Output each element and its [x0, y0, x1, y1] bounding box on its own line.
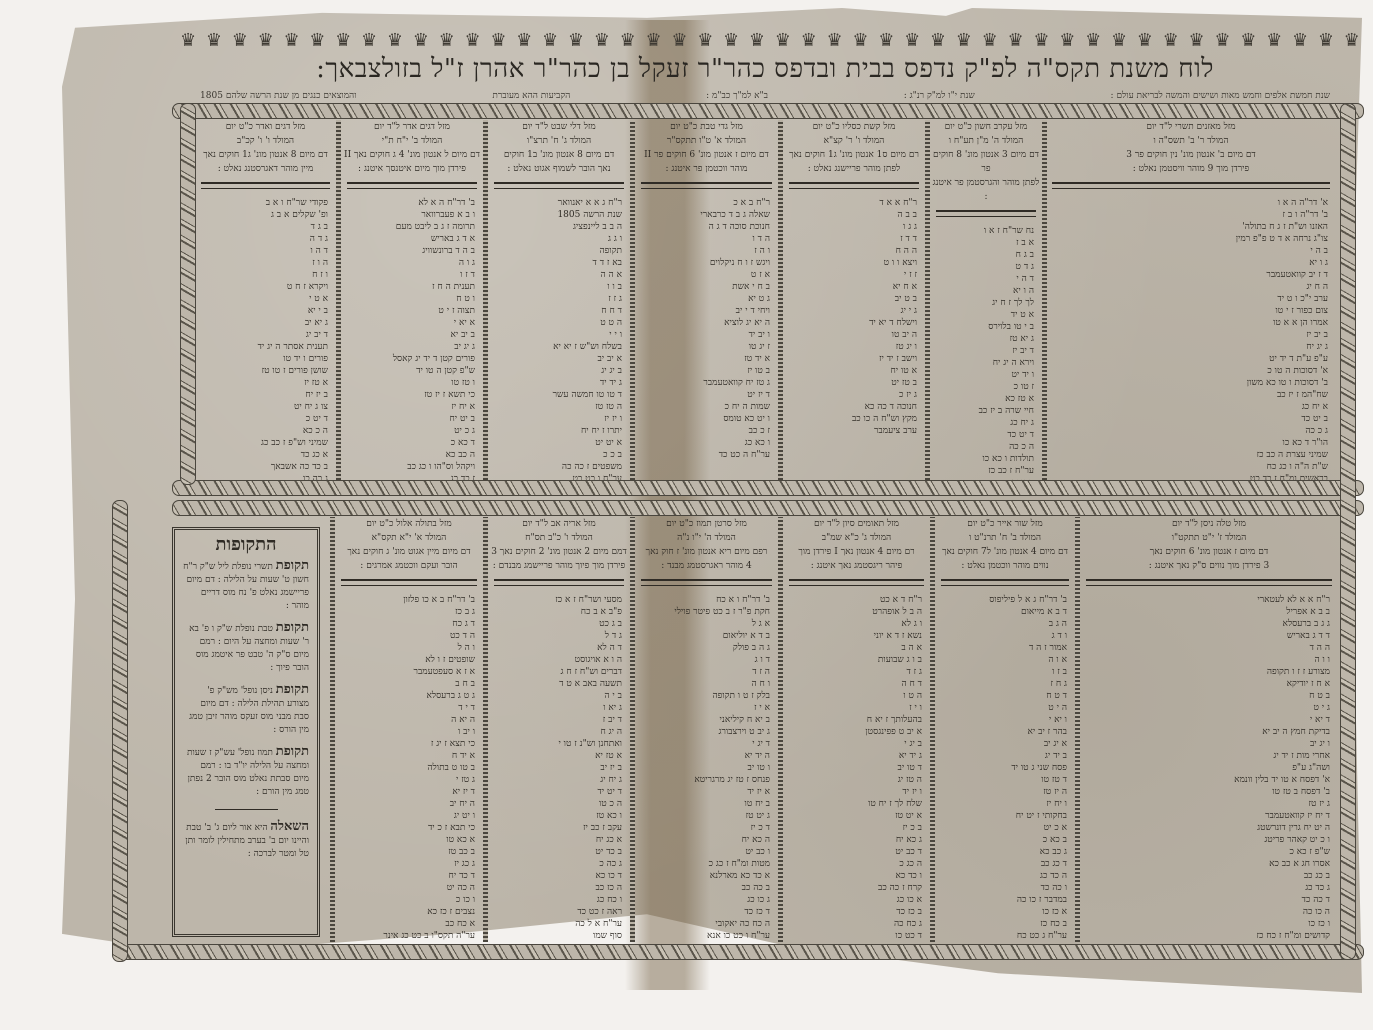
day-row: ג ז ד	[791, 666, 922, 678]
day-row: אמור ז ה ד	[943, 642, 1067, 654]
day-row: ה ב ל אופהרט	[791, 606, 922, 618]
header-rule	[941, 579, 1069, 586]
rope-border-bottom	[112, 944, 1364, 960]
tekufa-entry: תקופת תמוז נופל' עש"ק ז שעות ומחצה על הל…	[183, 745, 309, 799]
day-row: חיי שרה ב יז כב	[938, 405, 1034, 417]
subtitle-part: ב"א למ"ך כב"מ :	[706, 90, 768, 101]
crown-icon: ♛	[1033, 30, 1049, 52]
day-row: ר"ח ג א א יאנוואר	[496, 197, 622, 209]
day-row: ב ז ו	[943, 666, 1067, 678]
day-row: ד ח ח	[496, 305, 622, 317]
crown-icon: ♛	[309, 30, 325, 52]
day-row: נצבים ז כז כא	[343, 906, 475, 918]
day-row: וישב ז יד יז	[791, 353, 917, 365]
day-row: ד טז טו	[943, 774, 1067, 786]
day-row: א ו ה	[943, 654, 1067, 666]
crown-icon: ♛	[490, 30, 506, 52]
day-rows: ב' דר"ח ג א ל פיליפוסד ב א מייאוםה ג בו …	[935, 594, 1075, 942]
day-row: ה יא ה	[343, 714, 475, 726]
crown-icon: ♛	[258, 30, 274, 52]
day-row: ב ג ח	[938, 249, 1034, 261]
month-line2: המולד א' ט"ו תתקס"ר	[635, 134, 778, 148]
day-row: ה כ כא	[203, 425, 328, 437]
day-row: משפטים ז כה כה	[496, 461, 622, 473]
day-row: א יז יד	[643, 786, 770, 798]
day-row: ב' דר"ה ו ב ז	[1054, 209, 1328, 221]
month-line4: מיין מוהר דאגרסטנג נאלט :	[195, 162, 336, 176]
month-line2: המולד ו' ו' קכ"ב	[195, 134, 336, 148]
day-row: ו יא י	[943, 714, 1067, 726]
day-row: עקב ז כב יז	[496, 822, 622, 834]
day-row: שח"המ ז יז כב	[1054, 389, 1328, 401]
day-row: ג יב ט וירצבורג	[643, 726, 770, 738]
day-row: א ט יד	[938, 309, 1034, 321]
crown-icon: ♛	[956, 30, 972, 52]
crown-icon: ♛	[982, 30, 998, 52]
month-line3: דם מיום ז אנטון מונ' 6 חוקים פר II	[635, 148, 778, 162]
day-rows: ר"ח א א דב ב הג ג וד ד זה ה חויצא ו ו טז…	[783, 197, 925, 437]
day-row: פורים קטן ד יד יג קאסל	[349, 353, 475, 365]
day-row: ב ח י אשת	[643, 281, 770, 293]
crown-icon: ♛	[1344, 30, 1360, 52]
month-line1: מזל דגים ואדר כ"ט יום	[195, 120, 336, 134]
day-row: ו ח ה	[643, 678, 770, 690]
month-column-0: מזל טלה ניסן ל"ד יוםהמולד ז' י"ט תתקט"וד…	[1080, 517, 1338, 942]
crown-icon: ♛	[1137, 30, 1153, 52]
day-row: ו יג טז	[791, 341, 917, 353]
tekufot-box: התקופות תקופת תשרי נופלת ליל ש"ק ר"ח חשו…	[172, 527, 320, 937]
day-row: הו"ר ד כא כו	[1054, 437, 1328, 449]
day-row: ד יב ז	[496, 714, 622, 726]
month-line1: מזל דלי שבט ל"ד יום	[488, 120, 630, 134]
day-row: א י ז	[643, 702, 770, 714]
day-row: ד ט ח	[943, 690, 1067, 702]
rope-border-left-top	[180, 103, 196, 485]
day-row: ראה ז כט כד	[496, 906, 622, 918]
month-line3: רם מיום ס1 אנטון מונ' ג1 חוקים נאך	[783, 148, 925, 162]
day-row: ו כה כד	[943, 882, 1067, 894]
day-row: ב כד יט	[496, 846, 622, 858]
day-row: קרח ז כה כב	[791, 882, 922, 894]
day-row: תענית ה ח ז	[349, 281, 475, 293]
day-row: ב כ כ	[496, 449, 622, 461]
month-header: מזל שור אייר כ"ט יוםהמולד ב' ח' תרנ"ט וד…	[935, 517, 1075, 573]
month-line2: המולד ז' י"ט תתקט"ו	[1080, 531, 1338, 545]
day-row: ב ו ג שבועות	[791, 654, 922, 666]
day-row: ה יד יא	[643, 750, 770, 762]
day-row: תולדות ו כא כו	[938, 453, 1034, 465]
day-row: פנחס ז טז יג מרגריטא	[643, 774, 770, 786]
crown-icon: ♛	[594, 30, 610, 52]
day-row: חנוכה ד כה כא	[791, 401, 917, 413]
day-row: ו ד ג	[943, 630, 1067, 642]
crown-icon: ♛	[232, 30, 248, 52]
day-row: ער"ח ו כט כו אנא	[643, 930, 770, 942]
tekufa-entry: תקופת טבת נופלת ש"ק ו פ' בא ר' שעות ומחצ…	[183, 621, 309, 675]
sheela-label: השאלה	[270, 819, 309, 834]
day-row: בראשית ומ"ח ז כד כט	[1054, 473, 1328, 480]
crown-icon: ♛	[1214, 30, 1230, 52]
day-row: ג ג ב ברעסלא	[1088, 618, 1330, 630]
day-row: ד ז ו	[349, 269, 475, 281]
day-row: ב יח טו	[643, 798, 770, 810]
day-row: ו כז כו	[1088, 918, 1330, 930]
day-row: א כא טו	[343, 834, 475, 846]
day-rows: פקודי שר"ח ו א בופ' שקלים א ב גב ג דג ד …	[195, 197, 336, 480]
day-row: ב' דפסח ב טז טו	[1088, 786, 1330, 798]
day-row: ד כג כב	[943, 858, 1067, 870]
day-row: ב יט כד	[1054, 413, 1328, 425]
day-row: בהר ז יב יא	[943, 726, 1067, 738]
day-row: ד כב יט	[791, 846, 922, 858]
day-row: ה כח כה יאקובי	[643, 918, 770, 930]
day-row: ה ד ו	[643, 233, 770, 245]
month-line4: מוהר ווכטמן פר איטנג :	[635, 162, 778, 176]
rope-border-left-bottom	[112, 500, 128, 962]
day-row: ר"ח א א לא לעטארי	[1088, 594, 1330, 606]
day-row: תשעה באב א ט ד	[496, 678, 622, 690]
month-column-0: מזל מאזנים תשרי ל"ד יוםהמולד ר' ב' תשס"ה…	[1046, 120, 1336, 480]
day-row: אמרו הן א א טו	[1054, 317, 1328, 329]
month-line1: מזל תאומים סיון ל"ד יום	[783, 517, 930, 531]
day-row: ואתחנן וש"נ ז טו י	[496, 738, 622, 750]
day-row: ג ד ל	[496, 630, 622, 642]
month-line4: נווים מוהר ווכטמן נאלט :	[935, 559, 1075, 573]
subtitle-part: שנת חמשת אלפים וחמש מאות ושישים והמשה לב…	[1111, 90, 1330, 101]
day-row: ג יז כ	[791, 389, 917, 401]
month-column-1: מזל שור אייר כ"ט יוםהמולד ב' ח' תרנ"ט וד…	[935, 517, 1075, 942]
day-row: ער"ח ג כט כח	[943, 930, 1067, 942]
day-row: יתרו ז יח יח	[496, 425, 622, 437]
day-row: ד יח יז קוואטעמבר	[1088, 810, 1330, 822]
day-row: ו טז טו	[349, 377, 475, 389]
day-row: ער"ח ה כט כד	[643, 449, 770, 461]
month-column-3: מזל סרטן תמוז כ"ט יוםהמולד ה' י"ו נ"הרפם…	[635, 517, 778, 942]
month-line1: מזל דגים אדר ל"ד יום	[341, 120, 483, 134]
day-row: א' דסוכות ה טו כ	[1054, 365, 1328, 377]
day-row: א כח כב	[343, 918, 475, 930]
day-row: א כד כא מארלנא	[643, 870, 770, 882]
day-row: א יב יב	[496, 353, 622, 365]
day-row: ו כא כג	[643, 437, 770, 449]
day-row: ו י י	[496, 329, 622, 341]
month-line4: פירדן מוך מיום איטנסך איטנג :	[341, 162, 483, 176]
day-row: תרומה ז ג ב ליבט מעם	[349, 221, 475, 233]
tekufa-label: תקופת	[276, 620, 309, 635]
month-line2: המולד ב' ח' תרנ"ט ו	[935, 531, 1075, 545]
month-column-2: מזל תאומים סיון ל"ד יוםהמולד ג' כ"א שמ"ב…	[783, 517, 930, 942]
day-row: ה יז טז	[943, 786, 1067, 798]
day-rows: ר"ח ד א כטה ב ל אופהרטו ג לאנשא ז ד א יו…	[783, 594, 930, 942]
crown-icon: ♛	[335, 30, 351, 52]
day-row: ר"ח ב א כ	[643, 197, 770, 209]
tekufa-label: תקופת	[276, 744, 309, 759]
day-row: ב ג כט	[496, 618, 622, 630]
day-row: ב י טו בלוירס	[938, 321, 1034, 333]
sheela-entry: השאלה היא אור ליום ג' ב' טבת והיינו יום …	[183, 820, 309, 861]
day-row: ו יט יג	[343, 810, 475, 822]
day-row: ה טז טז	[496, 401, 622, 413]
day-row: ב יא ח קיליאני	[643, 714, 770, 726]
day-row: צו"ג נרחה א ד ט פ"פ רמין	[1054, 233, 1328, 245]
day-row: ו כח כג	[496, 894, 622, 906]
day-row: א ג ל	[643, 618, 770, 630]
day-row: ז טו כ	[938, 381, 1034, 393]
day-row: ז כ כב	[643, 425, 770, 437]
month-column-1: מזל עקרב חשון כ"ט יוםהמולד ה' מ"ן תע"ח ו…	[930, 120, 1042, 480]
day-row: ד יא י	[1088, 714, 1330, 726]
crown-icon: ♛	[620, 30, 636, 52]
day-row: א ט י	[203, 293, 328, 305]
day-row: א יד ח	[343, 750, 475, 762]
crown-border-row: ♛♛♛♛♛♛♛♛♛♛♛♛♛♛♛♛♛♛♛♛♛♛♛♛♛♛♛♛♛♛♛♛♛♛♛♛♛♛♛♛…	[180, 30, 1360, 52]
day-row: תקופה	[496, 245, 622, 257]
day-row: ו יד יט	[938, 369, 1034, 381]
day-row: ה כג כ	[791, 858, 922, 870]
day-row: ג כד כג	[1088, 882, 1330, 894]
day-row: ער"ח ו כט כט	[496, 473, 622, 480]
day-row: ג י יג	[791, 305, 917, 317]
day-row: א יד טז	[643, 353, 770, 365]
day-row: ה כד כג	[943, 870, 1067, 882]
day-row: ד כט כו	[791, 930, 922, 942]
day-row: ג יח כג	[938, 417, 1034, 429]
day-row: ד כו כא	[496, 870, 622, 882]
day-row: ג י ט	[1088, 702, 1330, 714]
day-row: א ב ז	[938, 237, 1034, 249]
day-row: ג יט טז	[643, 810, 770, 822]
day-row: אסרו חג א כב כא	[1088, 858, 1330, 870]
day-row: מטות ומ"ח ז כג כ	[643, 858, 770, 870]
month-line3: דם מיום 3 אנטון מונ' 8 חוקים פר	[930, 148, 1042, 176]
day-row: ערב י"כ ו ט יד	[1054, 293, 1328, 305]
day-row: ב ו ו	[496, 281, 622, 293]
day-row: ד ה י	[938, 273, 1034, 285]
month-line4: לפתן מוהר והגרסטמן פר איטנג :	[930, 176, 1042, 204]
month-line4: נאך הובר לשמוף אגוט נאלט :	[488, 162, 630, 176]
day-row: ב כח כז	[943, 918, 1067, 930]
day-rows: ב' דר"ח ה א לאו ב א פעברווארתרומה ז ג ב …	[341, 197, 483, 480]
month-line2: המולד ה' מ"ן תע"ח ו	[930, 134, 1042, 148]
day-row: ער"ח א ל כה	[496, 918, 622, 930]
crown-icon: ♛	[361, 30, 377, 52]
month-column-5: מזל בתולה אלול כ"ט יוםהמולד א' י"א תקס"א…	[335, 517, 483, 942]
day-row: כי תצא ז יג ז	[343, 738, 475, 750]
day-row: כי תשא ז יז טז	[349, 389, 475, 401]
month-line2: המולד ו' כ"ב תס"ח	[488, 531, 630, 545]
month-header: מזל דלי שבט ל"ד יוםהמולד ג' ח' תרצ"ודם מ…	[488, 120, 630, 176]
day-row: ג יג יב	[349, 341, 475, 353]
month-header: מזל סרטן תמוז כ"ט יוםהמולד ה' י"ו נ"הרפם…	[635, 517, 778, 573]
day-row: ו ג ג	[496, 233, 622, 245]
month-line4: 4 מוהר ראגרסטמג מבנד :	[635, 559, 778, 573]
month-line3: דמם מיום 2 אנטון מונ' 2 חוקים נאך 3	[488, 545, 630, 559]
month-line1: מזל קשת כסליו כ"ט יום	[783, 120, 925, 134]
crown-icon: ♛	[413, 30, 429, 52]
day-row: א יג יב	[943, 738, 1067, 750]
day-row: ב' דסוכות ו טו כא משון	[1054, 377, 1328, 389]
day-row: ז ז י	[791, 269, 917, 281]
month-line2: המולד ר' ב' תשס"ה ו	[1046, 134, 1336, 148]
day-row: ב י ה	[496, 690, 622, 702]
day-row: ד יט כד	[938, 429, 1034, 441]
day-row: שמיני עצרת ה כב כז	[1054, 449, 1328, 461]
calendar-title: לוח משנת תקס"ה לפ"ק נדפס בבית ובדפס כהר"…	[200, 54, 1330, 84]
header-rule	[641, 579, 772, 586]
month-line3: דם מיום מיין אגוט מונ' ג חוקים נאך	[335, 545, 483, 559]
crown-icon: ♛	[206, 30, 222, 52]
day-row: ג ז ז	[496, 293, 622, 305]
day-row: מסעי ושר"ח ז א כז	[496, 594, 622, 606]
month-header: מזל תאומים סיון ל"ד יוםהמולד ג' כ"א שמ"ב…	[783, 517, 930, 573]
day-row: פ"ב א ב כח	[496, 606, 622, 618]
month-header: מזל טלה ניסן ל"ד יוםהמולד ז' י"ט תתקט"וד…	[1080, 517, 1338, 573]
day-row: ה כו כה	[1088, 906, 1330, 918]
month-line4: לפתן מוהר פריישנג נאלט :	[783, 162, 925, 176]
header-rule	[641, 182, 772, 189]
day-row: ג ח ז	[943, 678, 1067, 690]
day-row: ה י ט	[943, 702, 1067, 714]
day-row: ד כה כד	[1088, 894, 1330, 906]
day-row: ו יח יז	[943, 798, 1067, 810]
month-line1: מזל שור אייר כ"ט יום	[935, 517, 1075, 531]
day-row: ב יד יג	[943, 750, 1067, 762]
day-row: ד ג כח	[343, 618, 475, 630]
day-row: תצוה ז י ט	[349, 305, 475, 317]
day-rows: ר"ח א א לא לעטאריב ב א אפרילג ג ב ברעסלא…	[1080, 594, 1338, 942]
day-row: ו י ז	[791, 702, 922, 714]
crown-icon: ♛	[1266, 30, 1282, 52]
day-row: ה ז ד	[643, 666, 770, 678]
day-row: א כג יח	[496, 834, 622, 846]
month-line2: המולד א' י"א תקס"א	[335, 531, 483, 545]
tekufa-entry: תקופת ניסן נופל' מש"ק פ' מצורע תהילת הלי…	[183, 683, 309, 737]
month-line2: המולד ב' י"ח ת"י	[341, 134, 483, 148]
day-row: ה ו יא	[938, 285, 1034, 297]
day-row: ר"ח ד א כט	[791, 594, 922, 606]
day-row: ד ב א מייאום	[943, 606, 1067, 618]
day-row: במדבר ז כו כה	[943, 894, 1067, 906]
month-line1: מזל גדי טבת כ"ט יום	[635, 120, 778, 134]
day-row: בשלח וש"ש ז יא יא	[496, 341, 622, 353]
crown-icon: ♛	[439, 30, 455, 52]
month-header: מזל דגים אדר ל"ד יוםהמולד ב' י"ח ת"ידם מ…	[341, 120, 483, 176]
day-row: א יח יז	[349, 401, 475, 413]
day-row: ג יד יא	[791, 750, 922, 762]
day-row: א ז ט	[643, 269, 770, 281]
subtitle-part: והמוצאים כנגים מן שנת הרשה שלהם 1805	[200, 90, 357, 101]
day-row: א' דפסח א טו יד בלין וונמא	[1088, 774, 1330, 786]
day-row: ב' דר"ח ה א לא	[349, 197, 475, 209]
header-rule	[347, 182, 477, 189]
day-row: ג ד ט	[938, 261, 1034, 273]
crown-icon: ♛	[645, 30, 661, 52]
day-row: ג יז טז	[1088, 798, 1330, 810]
day-row: ג כג יז	[343, 858, 475, 870]
day-row: שלח לך ז יח טו	[791, 798, 922, 810]
day-row: א ז א סעפטעמבר	[343, 666, 475, 678]
crown-icon: ♛	[542, 30, 558, 52]
day-row: ו ז ח	[203, 269, 328, 281]
month-line3: דם מיום 8 אנטון מונ' ג1 חוקים נאך	[195, 148, 336, 162]
tekufot-title: התקופות	[183, 538, 309, 551]
day-row: ג ג ו	[791, 221, 917, 233]
day-row: ה כב כא	[349, 449, 475, 461]
day-row: לך לך ז ח יג	[938, 297, 1034, 309]
day-row: ש"פ קטן ה טו יד	[349, 365, 475, 377]
day-row: ד ה לא	[496, 642, 622, 654]
day-row: ה כה יט	[343, 882, 475, 894]
crown-icon: ♛	[826, 30, 842, 52]
tekufa-label: תקופת	[276, 682, 309, 697]
header-rule	[1052, 182, 1330, 189]
day-row: ג כה כ	[496, 858, 622, 870]
day-row: ג יח יג	[496, 774, 622, 786]
day-row: ג כא יח	[791, 834, 922, 846]
day-row: צום כפור ז י טו	[1054, 305, 1328, 317]
day-row: ו ט ח	[349, 293, 475, 305]
day-row: וישלח ד יא יד	[791, 317, 917, 329]
month-line2: המולד ו' ר' קצ"א	[783, 134, 925, 148]
day-row: שנת הרשה 1805	[496, 209, 622, 221]
crown-icon: ♛	[1292, 30, 1308, 52]
day-row: ד ה ו	[203, 245, 328, 257]
month-header: מזל בתולה אלול כ"ט יוםהמולד א' י"א תקס"א…	[335, 517, 483, 573]
day-row: ג כה כו	[203, 473, 328, 480]
day-row: א ה ה	[496, 269, 622, 281]
crown-icon: ♛	[1085, 30, 1101, 52]
day-row: ער"ה תקס"ו ב כט כג אינר	[343, 930, 475, 942]
header-rule	[201, 182, 330, 189]
day-row: ג ו ה	[349, 257, 475, 269]
day-row: א' דר"ה ה א ו	[1054, 197, 1328, 209]
day-row: ב יז יח	[203, 389, 328, 401]
day-row: ו כ יט קאהר פריטג	[1088, 834, 1330, 846]
header-rule	[494, 579, 624, 586]
day-row: ה ד כט	[343, 630, 475, 642]
header-rule	[494, 182, 624, 189]
month-line4: פירדן מוך פיוך מוהר פריישמג מבנדם :	[488, 559, 630, 573]
crown-icon: ♛	[878, 30, 894, 52]
day-row: ה טז יג	[791, 774, 922, 786]
day-rows: נח שר"ח ז א וא ב זב ג חג ד טד ה יה ו יאל…	[930, 225, 1042, 480]
crown-icon: ♛	[1008, 30, 1024, 52]
month-line3: דם מיום 8 אנטון מונ' ב1 חוקים	[488, 148, 630, 162]
day-row: ב יג י	[791, 738, 922, 750]
rope-border-middle-1	[172, 480, 1364, 496]
month-line4: 3 פירדן מוך נווים ס"ק נאך איטנג :	[1080, 559, 1338, 573]
month-line3: רפם מיום ריא אנטון מונ' ז חוק נאך	[635, 545, 778, 559]
day-row: ד כז כד	[643, 906, 770, 918]
day-row: ג יא טז	[938, 333, 1034, 345]
day-row: וירא ה יג יח	[938, 357, 1034, 369]
day-row: ו ו ה	[1088, 654, 1330, 666]
day-row: ב כ יז	[791, 822, 922, 834]
day-row: ו כא טז	[496, 810, 622, 822]
day-row: ג ה ב פולק	[643, 642, 770, 654]
day-rows: ב' דר"ח ב א כו פלזוןג ב כזד ג כחה ד כטו …	[335, 594, 483, 942]
crown-icon: ♛	[1189, 30, 1205, 52]
day-row: ו כב יט	[643, 846, 770, 858]
day-row: ויקהל וס"הו ו כג כב	[349, 461, 475, 473]
day-row: כי תבא ז כ יד	[343, 822, 475, 834]
day-row: ב ה י	[1054, 245, 1328, 257]
day-row: ב ט ח	[1088, 690, 1330, 702]
day-row: ה ג ב	[943, 618, 1067, 630]
month-line1: מזל טלה ניסן ל"ד יום	[1080, 517, 1338, 531]
day-row: חנוכת סוכה ד ג ה	[643, 221, 770, 233]
month-column-4: מזל אריה אב ל"ד יוםהמולד ו' כ"ב תס"חדמם …	[488, 517, 630, 942]
